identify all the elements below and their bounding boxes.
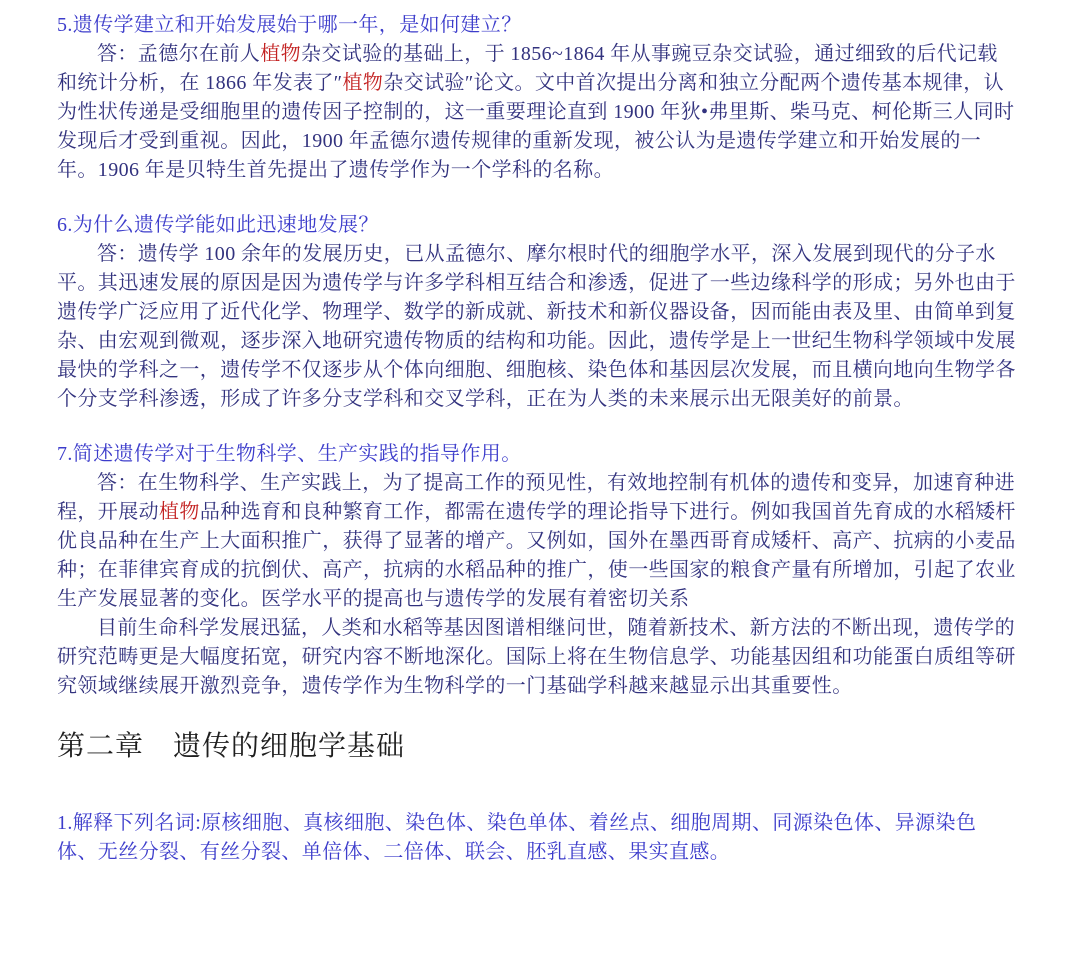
document-background: { "colors": { "background": "#ffffff", "… xyxy=(0,0,1068,971)
chapter-2-question-1-block: 1.解释下列名词:原核细胞、真核细胞、染色体、染色单体、着丝点、细胞周期、同源染… xyxy=(57,809,1016,867)
question-6-answer: 答：遗传学 100 余年的发展历史，已从孟德尔、摩尔根时代的细胞学水平，深入发展… xyxy=(57,240,1016,414)
document-page: 5.遗传学建立和开始发展始于哪一年，是如何建立？ 答：孟德尔在前人植物杂交试验的… xyxy=(0,0,1068,971)
question-5-title: 5.遗传学建立和开始发展始于哪一年，是如何建立？ xyxy=(57,11,1016,40)
question-6-block: 6.为什么遗传学能如此迅速地发展？ 答：遗传学 100 余年的发展历史，已从孟德… xyxy=(57,211,1016,414)
question-7-answer-paragraph-2: 目前生命科学发展迅猛，人类和水稻等基因图谱相继问世，随着新技术、新方法的不断出现… xyxy=(57,614,1016,701)
highlighted-term: 植物 xyxy=(159,501,200,523)
answer-text: 品种选育和良种繁育工作，都需在遗传学的理论指导下进行。例如我国首先育成的水稻矮杆… xyxy=(57,501,1016,610)
question-7-title: 7.简述遗传学对于生物科学、生产实践的指导作用。 xyxy=(57,440,1016,469)
chapter-2-question-1: 1.解释下列名词:原核细胞、真核细胞、染色体、染色单体、着丝点、细胞周期、同源染… xyxy=(57,809,1016,867)
highlighted-term: 植物 xyxy=(343,72,384,94)
question-7-answer-paragraph-1: 答：在生物科学、生产实践上，为了提高工作的预见性，有效地控制有机体的遗传和变异，… xyxy=(57,469,1016,614)
answer-text: 答：孟德尔在前人 xyxy=(97,43,260,65)
question-5-answer: 答：孟德尔在前人植物杂交试验的基础上，于 1856~1864 年从事豌豆杂交试验… xyxy=(57,40,1016,185)
highlighted-term: 植物 xyxy=(260,43,301,65)
chapter-2-heading: 第二章 遗传的细胞学基础 xyxy=(57,727,1016,767)
question-6-title: 6.为什么遗传学能如此迅速地发展？ xyxy=(57,211,1016,240)
question-7-block: 7.简述遗传学对于生物科学、生产实践的指导作用。 答：在生物科学、生产实践上，为… xyxy=(57,440,1016,701)
question-5-block: 5.遗传学建立和开始发展始于哪一年，是如何建立？ 答：孟德尔在前人植物杂交试验的… xyxy=(57,11,1016,185)
